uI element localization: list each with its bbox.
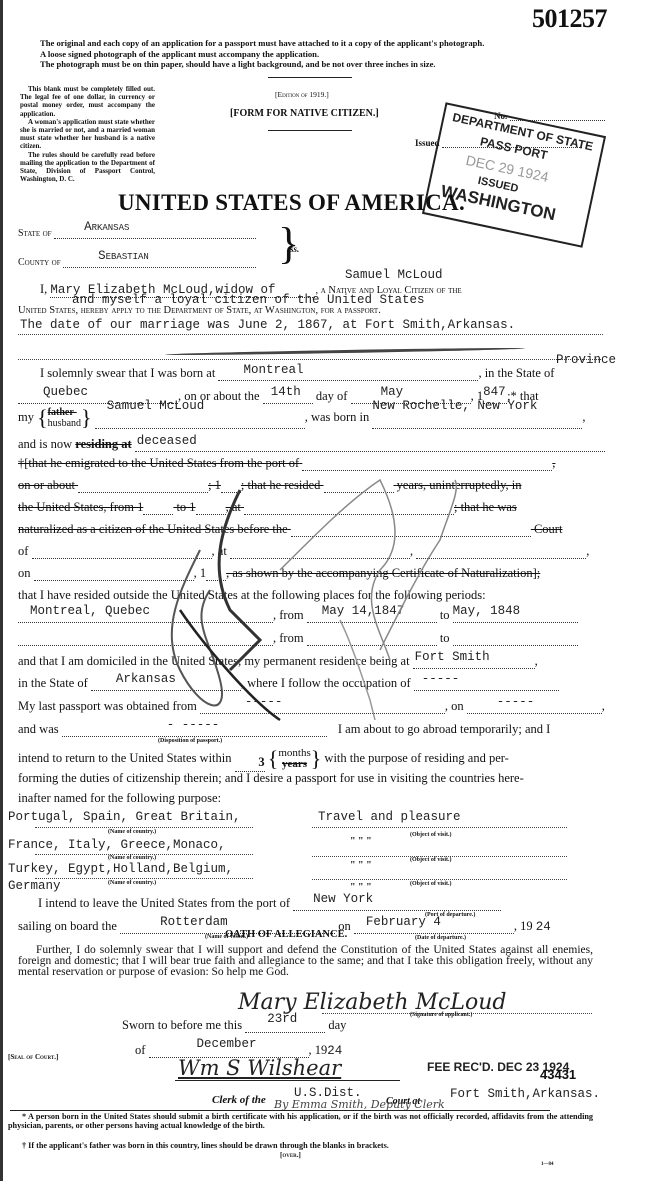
instruction-line: The original and each copy of an applica… (40, 38, 484, 49)
naturalization-line-1: †[that he emigrated to the United States… (18, 456, 555, 471)
object-line (312, 878, 567, 880)
form-type: [FORM FOR NATIVE CITIZEN.] (230, 108, 379, 119)
clerk-signature: Wm S Wilshear (178, 1056, 341, 1080)
marriage-note: The date of our marriage was June 2, 186… (20, 318, 515, 332)
port-line: I intend to leave the United States from… (38, 896, 501, 911)
object-row-1: Travel and pleasure (318, 810, 461, 824)
husband-line: my { father- husband } Samuel McLoud, wa… (18, 407, 586, 429)
instruction-line: A loose signed photograph of the applica… (40, 49, 484, 60)
sworn-line: Sworn to before me this 23rd day (122, 1018, 346, 1033)
form-code: 1—84 (541, 1162, 554, 1167)
handwritten-scrawl-icon (120, 470, 500, 750)
state-field: State of Arkansas (18, 225, 256, 239)
birthplace-line: I solemnly swear that I was born at Mont… (40, 366, 554, 381)
status-line: and is now residing at deceased (18, 437, 605, 452)
object-row-2: " " " (350, 836, 372, 847)
over-label: [over.] (280, 1151, 301, 1159)
note-line (18, 333, 603, 335)
footnote-father: † If the applicant's father was born in … (22, 1141, 389, 1150)
return-text-3: forming the duties of citizenship therei… (18, 771, 524, 786)
country-caption: (Name of country.) (108, 880, 156, 886)
object-caption: (Object of visit.) (410, 881, 452, 887)
countries-row-4: Germany (8, 879, 61, 893)
ss-label: ss. (290, 244, 299, 254)
serial-number: 501257 (532, 4, 607, 34)
apply-text: United States, hereby apply to the Depar… (18, 305, 381, 316)
pen-stroke (165, 347, 525, 356)
country-line (35, 877, 253, 879)
fee-number: 43431 (540, 1067, 576, 1082)
scan-edge (0, 0, 3, 1181)
oath-text: Further, I do solemnly swear that I will… (18, 945, 593, 978)
object-caption: (Object of visit.) (410, 832, 452, 838)
passport-stamp: DEPARTMENT OF STATE PASS PORT DEC 29 192… (422, 102, 606, 248)
footer-rule (10, 1110, 550, 1111)
court-location: Fort Smith,Arkansas. (450, 1087, 600, 1101)
birthplace-value: Montreal (243, 363, 303, 377)
county-field: County of Sebastian (18, 254, 256, 268)
signature-caption: (Signature of applicant.) (410, 1012, 472, 1018)
document-title: UNITED STATES OF AMERICA. (118, 190, 465, 216)
return-text-4: inafter named for the following purpose: (18, 791, 221, 806)
divider (268, 130, 352, 131)
instruction-line: The photograph must be on thin paper, sh… (40, 59, 484, 70)
clerk-signature-line (175, 1080, 400, 1081)
province-correction: Province (556, 353, 616, 367)
clerk-of-the-label: Clerk of the (212, 1094, 266, 1106)
note-line (18, 358, 603, 360)
side-note: This blank must be completely filled out… (20, 85, 155, 118)
country-line (35, 826, 253, 828)
husband-name-above: Samuel McLoud (345, 268, 443, 282)
side-note: The rules should be carefully read befor… (20, 151, 155, 184)
countries-row-2: France, Italy, Greece,Monaco, (8, 838, 226, 852)
country-caption: (Name of country.) (108, 829, 156, 835)
object-caption: (Object of visit.) (410, 857, 452, 863)
side-notes-block: This blank must be completely filled out… (20, 85, 155, 183)
header-instructions: The original and each copy of an applica… (40, 38, 484, 70)
footnote-birth-certificate: * A person born in the United States sho… (8, 1112, 593, 1130)
divider (268, 77, 352, 78)
object-row-3: " " " (350, 860, 372, 871)
edition-label: [Edition of 1919.] (275, 90, 329, 99)
country-caption: (Name of country.) (108, 855, 156, 861)
side-note: A woman's application must state whether… (20, 118, 155, 151)
date-caption: (Date of departure.) (415, 935, 466, 941)
oath-heading: OATH OF ALLEGIANCE. (225, 929, 347, 940)
object-line (312, 826, 567, 828)
countries-row-1: Portugal, Spain, Great Britain, (8, 810, 241, 824)
seal-of-court: [Seal of Court.] (8, 1053, 58, 1061)
countries-row-3: Turkey, Egypt,Holland,Belgium, (8, 862, 233, 876)
